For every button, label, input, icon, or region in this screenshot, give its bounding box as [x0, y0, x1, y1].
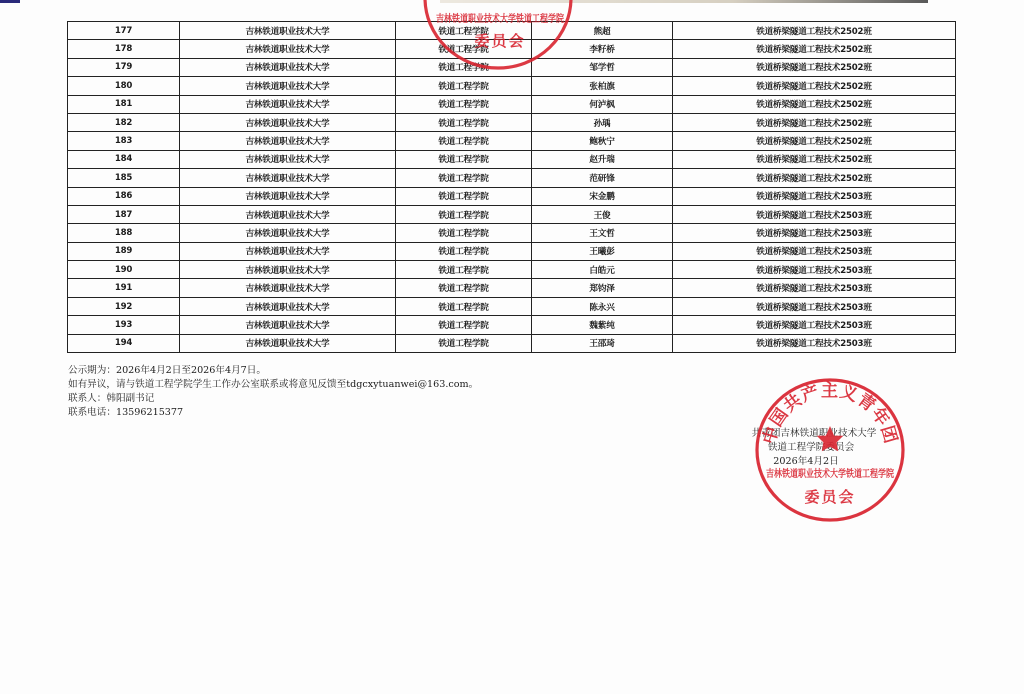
stamp-bottom-text: 委员会	[804, 488, 855, 506]
cell-number: 183	[68, 132, 180, 150]
cell-number: 180	[68, 77, 180, 95]
cell-college: 铁道工程学院	[396, 187, 532, 205]
cell-school: 吉林铁道职业技术大学	[180, 261, 396, 279]
signature-org-line1: 共青团吉林铁道职业技术大学	[738, 427, 890, 441]
cell-class: 铁道桥梁隧道工程技术2502班	[673, 77, 956, 95]
cell-class: 铁道桥梁隧道工程技术2503班	[673, 261, 956, 279]
cell-school: 吉林铁道职业技术大学	[180, 95, 396, 113]
cell-student-name: 郑钧泽	[532, 279, 673, 297]
cell-school: 吉林铁道职业技术大学	[180, 279, 396, 297]
cell-college: 铁道工程学院	[396, 334, 532, 352]
cell-student-name: 王俊	[532, 205, 673, 223]
table-row: 187吉林铁道职业技术大学铁道工程学院王俊铁道桥梁隧道工程技术2503班	[68, 205, 956, 223]
table-row: 191吉林铁道职业技术大学铁道工程学院郑钧泽铁道桥梁隧道工程技术2503班	[68, 279, 956, 297]
cell-college: 铁道工程学院	[396, 58, 532, 76]
notice-period: 公示期为：2026年4月2日至2026年4月7日。	[68, 364, 478, 378]
table-row: 189吉林铁道职业技术大学铁道工程学院王曦彭铁道桥梁隧道工程技术2503班	[68, 242, 956, 260]
cell-college: 铁道工程学院	[396, 242, 532, 260]
signature-block: 共青团吉林铁道职业技术大学 铁道工程学院委员会 2026年4月2日	[740, 427, 890, 469]
cell-student-name: 赵升瑞	[532, 150, 673, 168]
roster-table-body: 177吉林铁道职业技术大学铁道工程学院熊超铁道桥梁隧道工程技术2502班178吉…	[68, 22, 956, 353]
table-row: 193吉林铁道职业技术大学铁道工程学院魏紫纯铁道桥梁隧道工程技术2503班	[68, 316, 956, 334]
cell-class: 铁道桥梁隧道工程技术2502班	[673, 169, 956, 187]
cell-school: 吉林铁道职业技术大学	[180, 187, 396, 205]
table-row: 192吉林铁道职业技术大学铁道工程学院陈永兴铁道桥梁隧道工程技术2503班	[68, 297, 956, 315]
cell-class: 铁道桥梁隧道工程技术2502班	[673, 113, 956, 131]
cell-number: 185	[68, 169, 180, 187]
cell-class: 铁道桥梁隧道工程技术2503班	[673, 187, 956, 205]
table-row: 183吉林铁道职业技术大学铁道工程学院鲍秋宁铁道桥梁隧道工程技术2502班	[68, 132, 956, 150]
cell-school: 吉林铁道职业技术大学	[180, 169, 396, 187]
cell-class: 铁道桥梁隧道工程技术2503班	[673, 224, 956, 242]
cell-student-name: 邹学哲	[532, 58, 673, 76]
table-row: 194吉林铁道职业技术大学铁道工程学院王邵琦铁道桥梁隧道工程技术2503班	[68, 334, 956, 352]
cell-school: 吉林铁道职业技术大学	[180, 316, 396, 334]
cell-student-name: 李籽桥	[532, 40, 673, 58]
cell-college: 铁道工程学院	[396, 279, 532, 297]
table-row: 182吉林铁道职业技术大学铁道工程学院孙瑀铁道桥梁隧道工程技术2502班	[68, 113, 956, 131]
cell-school: 吉林铁道职业技术大学	[180, 132, 396, 150]
cell-college: 铁道工程学院	[396, 132, 532, 150]
cell-college: 铁道工程学院	[396, 40, 532, 58]
cell-student-name: 何泸枫	[532, 95, 673, 113]
cell-number: 178	[68, 40, 180, 58]
cell-student-name: 王文哲	[532, 224, 673, 242]
cell-college: 铁道工程学院	[396, 113, 532, 131]
cell-number: 177	[68, 22, 180, 40]
signature-org-line2: 铁道工程学院委员会	[732, 441, 890, 455]
cell-school: 吉林铁道职业技术大学	[180, 22, 396, 40]
cell-class: 铁道桥梁隧道工程技术2502班	[673, 132, 956, 150]
cell-student-name: 宋金鹏	[532, 187, 673, 205]
cell-number: 192	[68, 297, 180, 315]
cell-class: 铁道桥梁隧道工程技术2502班	[673, 150, 956, 168]
cell-school: 吉林铁道职业技术大学	[180, 297, 396, 315]
cell-school: 吉林铁道职业技术大学	[180, 113, 396, 131]
cell-class: 铁道桥梁隧道工程技术2502班	[673, 22, 956, 40]
cell-class: 铁道桥梁隧道工程技术2502班	[673, 58, 956, 76]
cell-number: 188	[68, 224, 180, 242]
notice-objection: 如有异议，请与铁道工程学院学生工作办公室联系或将意见反馈至tdgcxytuanw…	[68, 378, 478, 392]
cell-college: 铁道工程学院	[396, 224, 532, 242]
cell-number: 194	[68, 334, 180, 352]
cell-number: 184	[68, 150, 180, 168]
cell-number: 193	[68, 316, 180, 334]
cell-college: 铁道工程学院	[396, 150, 532, 168]
cell-class: 铁道桥梁隧道工程技术2502班	[673, 40, 956, 58]
cell-number: 179	[68, 58, 180, 76]
contact-phone: 联系电话：13596215377	[68, 406, 478, 420]
cell-student-name: 白皓元	[532, 261, 673, 279]
table-row: 178吉林铁道职业技术大学铁道工程学院李籽桥铁道桥梁隧道工程技术2502班	[68, 40, 956, 58]
cell-class: 铁道桥梁隧道工程技术2503班	[673, 334, 956, 352]
cell-college: 铁道工程学院	[396, 77, 532, 95]
cell-student-name: 魏紫纯	[532, 316, 673, 334]
contact-person: 联系人：韩阳副书记	[68, 392, 478, 406]
cell-student-name: 孙瑀	[532, 113, 673, 131]
cell-student-name: 鲍秋宁	[532, 132, 673, 150]
cell-student-name: 范研锋	[532, 169, 673, 187]
table-row: 184吉林铁道职业技术大学铁道工程学院赵升瑞铁道桥梁隧道工程技术2502班	[68, 150, 956, 168]
table-row: 186吉林铁道职业技术大学铁道工程学院宋金鹏铁道桥梁隧道工程技术2503班	[68, 187, 956, 205]
table-row: 179吉林铁道职业技术大学铁道工程学院邹学哲铁道桥梁隧道工程技术2502班	[68, 58, 956, 76]
cell-college: 铁道工程学院	[396, 261, 532, 279]
cell-student-name: 熊超	[532, 22, 673, 40]
cell-school: 吉林铁道职业技术大学	[180, 205, 396, 223]
signature-date: 2026年4月2日	[722, 455, 890, 469]
cell-college: 铁道工程学院	[396, 169, 532, 187]
table-row: 188吉林铁道职业技术大学铁道工程学院王文哲铁道桥梁隧道工程技术2503班	[68, 224, 956, 242]
cell-class: 铁道桥梁隧道工程技术2502班	[673, 95, 956, 113]
table-row: 177吉林铁道职业技术大学铁道工程学院熊超铁道桥梁隧道工程技术2502班	[68, 22, 956, 40]
cell-school: 吉林铁道职业技术大学	[180, 77, 396, 95]
cell-number: 190	[68, 261, 180, 279]
table-row: 181吉林铁道职业技术大学铁道工程学院何泸枫铁道桥梁隧道工程技术2502班	[68, 95, 956, 113]
cell-college: 铁道工程学院	[396, 205, 532, 223]
cell-school: 吉林铁道职业技术大学	[180, 58, 396, 76]
cell-student-name: 张柏旗	[532, 77, 673, 95]
cell-student-name: 陈永兴	[532, 297, 673, 315]
cell-class: 铁道桥梁隧道工程技术2503班	[673, 279, 956, 297]
scan-edge-left	[0, 0, 20, 3]
cell-student-name: 王曦彭	[532, 242, 673, 260]
table-row: 180吉林铁道职业技术大学铁道工程学院张柏旗铁道桥梁隧道工程技术2502班	[68, 77, 956, 95]
cell-school: 吉林铁道职业技术大学	[180, 334, 396, 352]
cell-school: 吉林铁道职业技术大学	[180, 224, 396, 242]
cell-number: 187	[68, 205, 180, 223]
cell-class: 铁道桥梁隧道工程技术2503班	[673, 316, 956, 334]
cell-number: 182	[68, 113, 180, 131]
cell-college: 铁道工程学院	[396, 22, 532, 40]
cell-college: 铁道工程学院	[396, 316, 532, 334]
cell-class: 铁道桥梁隧道工程技术2503班	[673, 297, 956, 315]
cell-number: 186	[68, 187, 180, 205]
cell-school: 吉林铁道职业技术大学	[180, 242, 396, 260]
scan-edge-top	[440, 0, 928, 3]
cell-school: 吉林铁道职业技术大学	[180, 150, 396, 168]
cell-class: 铁道桥梁隧道工程技术2503班	[673, 242, 956, 260]
roster-table: 177吉林铁道职业技术大学铁道工程学院熊超铁道桥梁隧道工程技术2502班178吉…	[67, 21, 956, 353]
cell-student-name: 王邵琦	[532, 334, 673, 352]
cell-class: 铁道桥梁隧道工程技术2503班	[673, 205, 956, 223]
cell-number: 191	[68, 279, 180, 297]
cell-number: 189	[68, 242, 180, 260]
cell-college: 铁道工程学院	[396, 95, 532, 113]
notice-notes: 公示期为：2026年4月2日至2026年4月7日。 如有异议，请与铁道工程学院学…	[68, 364, 478, 420]
cell-school: 吉林铁道职业技术大学	[180, 40, 396, 58]
cell-number: 181	[68, 95, 180, 113]
table-row: 185吉林铁道职业技术大学铁道工程学院范研锋铁道桥梁隧道工程技术2502班	[68, 169, 956, 187]
cell-college: 铁道工程学院	[396, 297, 532, 315]
table-row: 190吉林铁道职业技术大学铁道工程学院白皓元铁道桥梁隧道工程技术2503班	[68, 261, 956, 279]
